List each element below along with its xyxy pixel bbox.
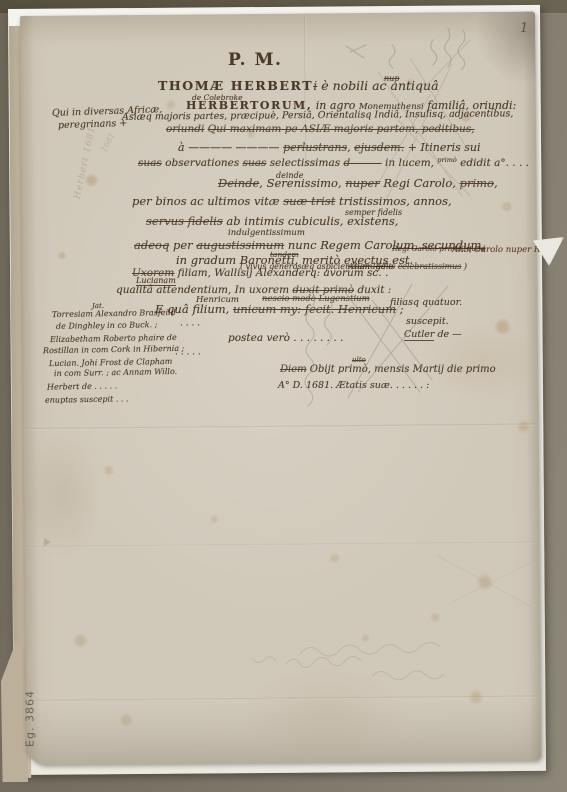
- horizontal-crease: [27, 542, 537, 548]
- folio-number: 1: [520, 21, 528, 36]
- horizontal-crease: [26, 424, 536, 430]
- horizontal-crease: [28, 696, 538, 702]
- shelfmark-label: Eg. 3864: [24, 682, 37, 756]
- manuscript-photo: P. M.nupTHOMÆ HERBERTi è nobili ac antiq…: [0, 0, 567, 792]
- vertical-crease: [304, 16, 307, 166]
